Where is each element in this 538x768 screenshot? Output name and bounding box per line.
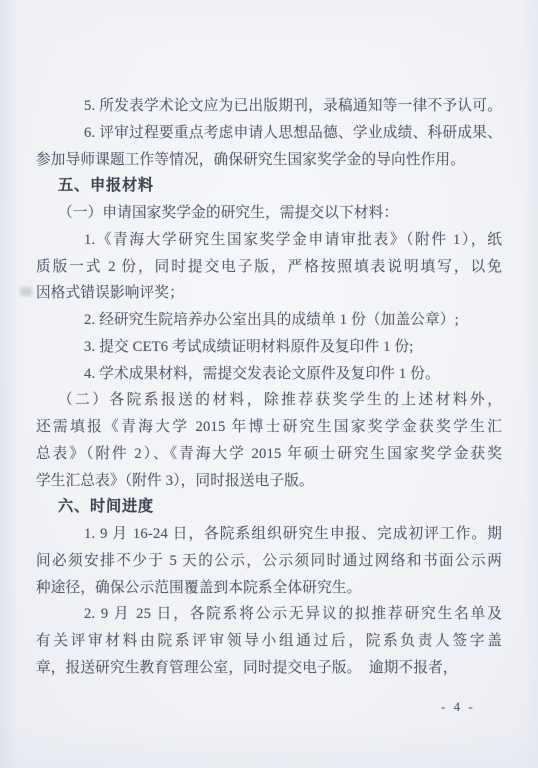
text-line: 1.《青海大学研究生国家奖学金申请审批表》（附件 1），纸 — [36, 227, 502, 254]
section-heading-5: 五、申报材料 — [36, 173, 502, 200]
text-line: 总表》（附件 2）、《青海大学 2015 年硕士研究生国家奖学金获奖 — [36, 441, 502, 468]
text-line: 学生汇总表》（附件 3），同时报送电子版。 — [36, 468, 502, 495]
text-line: 6. 评审过程要重点考虑申请人思想品德、学业成绩、科研成果、 — [36, 120, 502, 147]
document-text-block: 5. 所发表学术论文应为已出版期刊，录稿通知等一律不予认可。 6. 评审过程要重… — [36, 93, 502, 682]
text-line: 章，报送研究生教育管理公室，同时提交电子版。 逾期不报者， — [36, 655, 502, 682]
text-line: 2. 9 月 25 日，各院系将公示无异议的拟推荐研究生名单及 — [36, 601, 502, 628]
text-line: 4. 学术成果材料，需提交发表论文原件及复印件 1 份。 — [36, 361, 502, 388]
text-line: 有关评审材料由院系评审领导小组通过后，院系负责人签字盖 — [36, 628, 502, 655]
document-page: 5. 所发表学术论文应为已出版期刊，录稿通知等一律不予认可。 6. 评审过程要重… — [0, 0, 538, 768]
text-line: （二）各院系报送的材料，除推荐获奖学生的上述材料外， — [36, 387, 502, 414]
text-line: 质版一式 2 份，同时提交电子版，严格按照填表说明填写，以免 — [36, 254, 502, 281]
text-line: 5. 所发表学术论文应为已出版期刊，录稿通知等一律不予认可。 — [36, 93, 502, 120]
section-heading-6: 六、时间进度 — [36, 494, 502, 521]
text-line: 3. 提交 CET6 考试成绩证明材料原件及复印件 1 份; — [36, 334, 502, 361]
page-number: - 4 - — [441, 699, 475, 715]
text-line: 1. 9 月 16-24 日，各院系组织研究生申报、完成初评工作。期 — [36, 521, 502, 548]
text-line: （一）申请国家奖学金的研究生，需提交以下材料： — [36, 200, 502, 227]
text-line: 参加导师课题工作等情况，确保研究生国家奖学金的导向性作用。 — [36, 147, 502, 174]
text-line: 还需填报《青海大学 2015 年博士研究生国家奖学金获奖学生汇 — [36, 414, 502, 441]
text-line: 因格式错误影响评奖； — [36, 280, 502, 307]
text-line: 2. 经研究生院培养办公室出具的成绩单 1 份（加盖公章）; — [36, 307, 502, 334]
text-line: 种途径，确保公示范围覆盖到本院系全体研究生。 — [36, 575, 502, 602]
text-line: 间必须安排不少于 5 天的公示，公示须同时通过网络和书面公示两 — [36, 548, 502, 575]
scan-smudge — [20, 287, 32, 296]
